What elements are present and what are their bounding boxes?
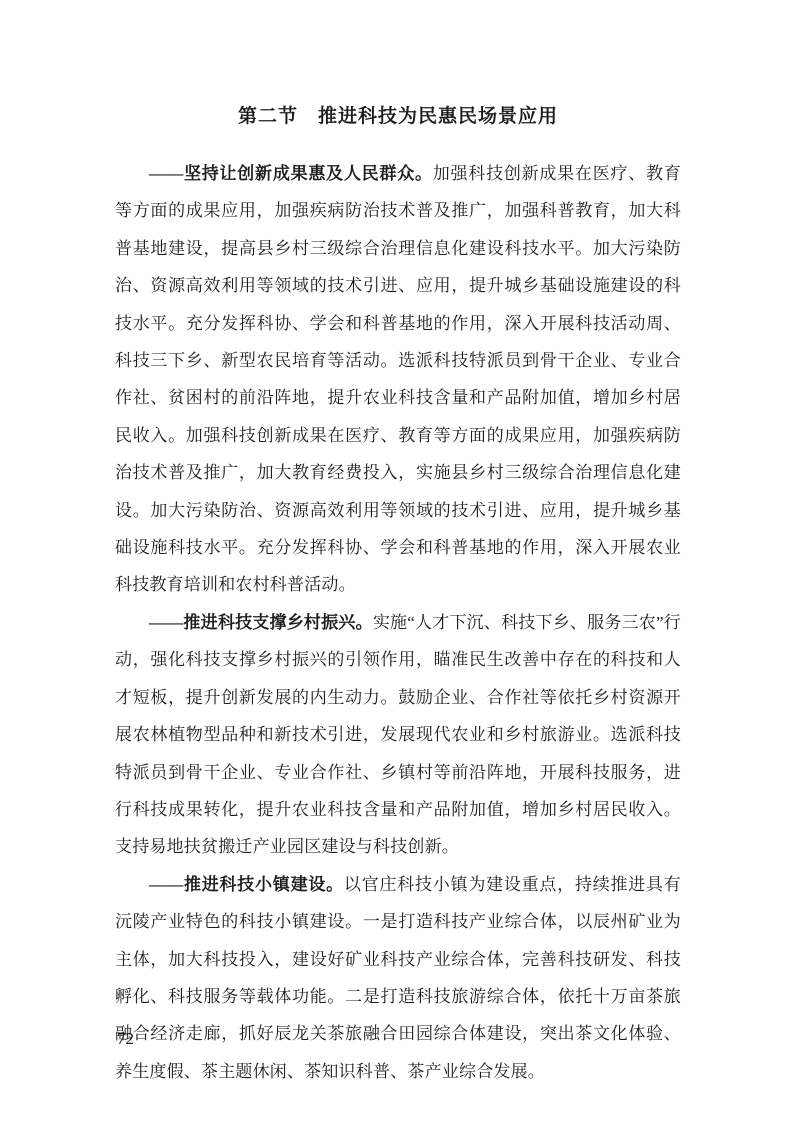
paragraph: ——推进科技小镇建设。以官庄科技小镇为建设重点，持续推进具有沅陵产业特色的科技小… xyxy=(115,866,681,1090)
paragraph-lead: ——推进科技支撑乡村振兴。 xyxy=(149,613,373,632)
paragraph-text: 实施“人才下沉、科技下乡、服务三农”行动，强化科技支撑乡村振兴的引领作用，瞄准民… xyxy=(115,613,681,856)
paragraph: ——推进科技支撑乡村振兴。实施“人才下沉、科技下乡、服务三农”行动，强化科技支撑… xyxy=(115,604,681,866)
document-page: 第二节 推进科技为民惠民场景应用 ——坚持让创新成果惠及人民群众。加强科技创新成… xyxy=(0,0,793,1122)
paragraph: ——坚持让创新成果惠及人民群众。加强科技创新成果在医疗、教育等方面的成果应用，加… xyxy=(115,155,681,604)
paragraph-text: 以官庄科技小镇为建设重点，持续推进具有沅陵产业特色的科技小镇建设。一是打造科技产… xyxy=(115,875,681,1081)
paragraph-lead: ——坚持让创新成果惠及人民群众。 xyxy=(149,164,433,183)
section-title: 第二节 推进科技为民惠民场景应用 xyxy=(115,102,681,132)
document-body: ——坚持让创新成果惠及人民群众。加强科技创新成果在医疗、教育等方面的成果应用，加… xyxy=(115,155,681,1090)
document-content: 第二节 推进科技为民惠民场景应用 ——坚持让创新成果惠及人民群众。加强科技创新成… xyxy=(115,102,681,1090)
paragraph-text: 加强科技创新成果在医疗、教育等方面的成果应用，加强疾病防治技术普及推广，加强科普… xyxy=(115,164,681,594)
paragraph-lead: ——推进科技小镇建设。 xyxy=(149,875,344,894)
page-number: 72 xyxy=(117,1027,134,1051)
